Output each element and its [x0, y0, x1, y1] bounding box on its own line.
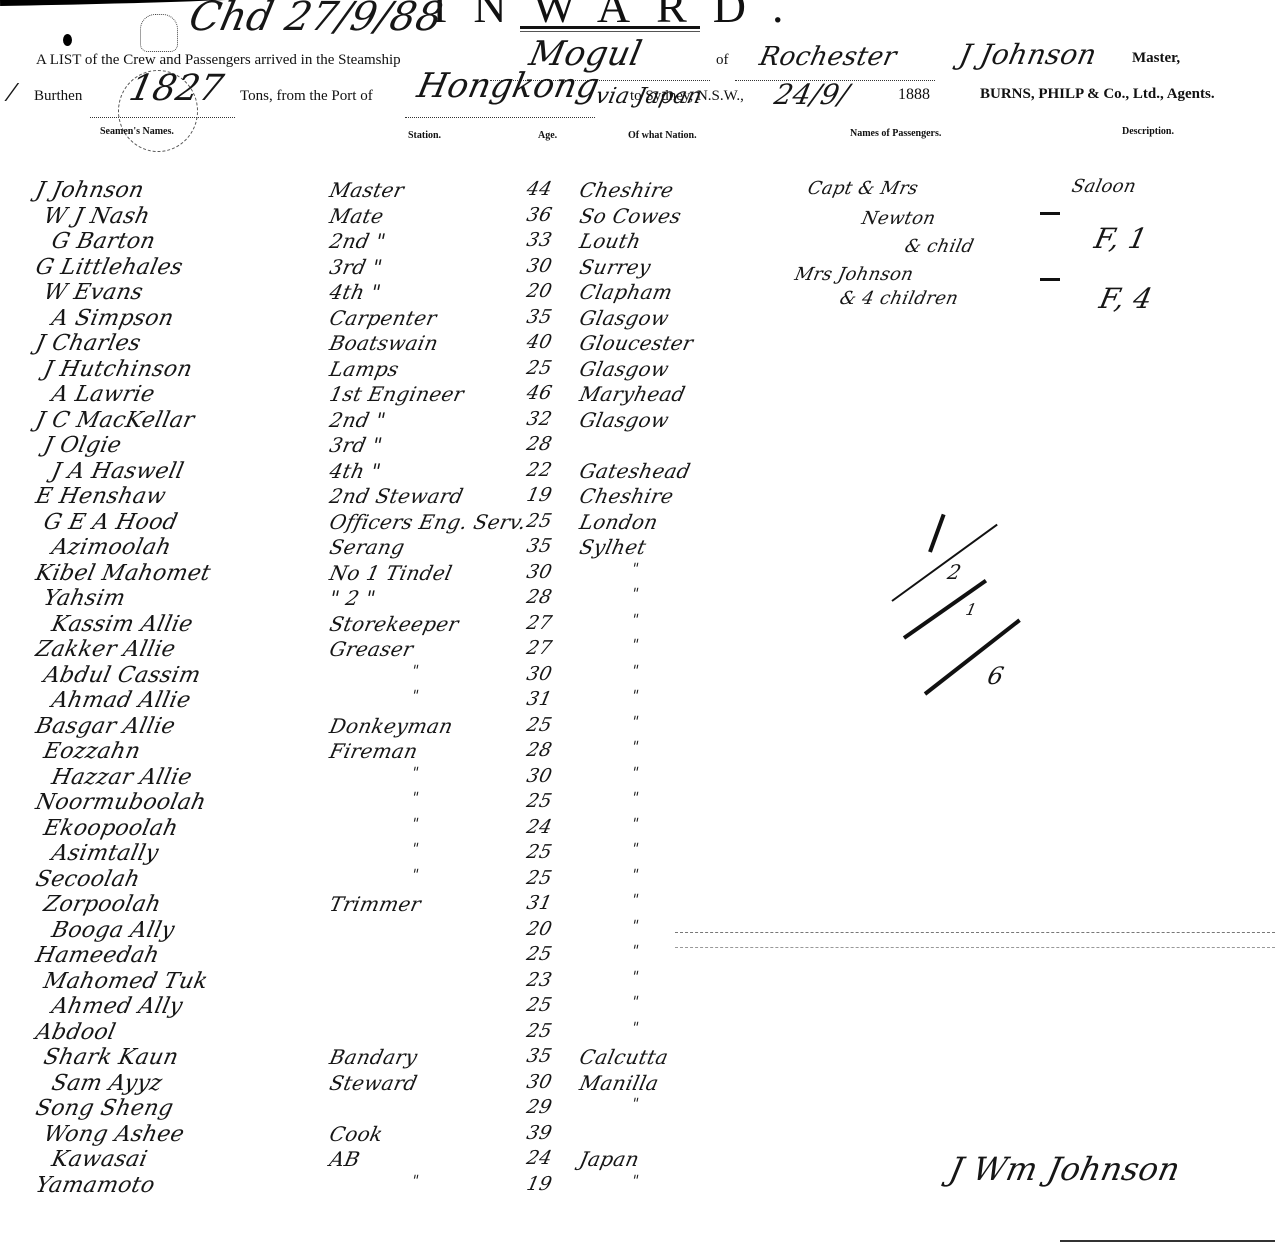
crew-age: 19 — [525, 484, 554, 506]
crew-nation: " — [630, 790, 640, 806]
crew-age: 25 — [525, 943, 554, 965]
crew-nation: " — [630, 663, 640, 679]
crew-row: A SimpsonCarpenter35Glasgow — [0, 306, 1275, 332]
margin-mark: / — [5, 80, 18, 105]
crew-age: 24 — [525, 1147, 554, 1169]
crew-name: Zorpoolah — [41, 892, 163, 917]
bottom-rule — [1060, 1240, 1275, 1242]
crew-nation: Gateshead — [577, 459, 692, 483]
crew-age: 44 — [525, 178, 554, 200]
crew-station: 4th " — [327, 280, 383, 304]
crew-age: 25 — [525, 841, 554, 863]
crew-name: Mahomed Tuk — [41, 969, 210, 994]
crew-station: AB — [327, 1147, 362, 1171]
crew-row: Ahmad Allie"31" — [0, 688, 1275, 714]
crew-name: A Lawrie — [49, 382, 157, 407]
master-signature: J Wm Johnson — [946, 1150, 1184, 1188]
title-rule-thin — [520, 31, 700, 32]
master-label: Master, — [1132, 50, 1180, 67]
crew-age: 33 — [525, 229, 554, 251]
crew-name: Kibel Mahomet — [33, 561, 213, 586]
crew-name: W Evans — [41, 280, 145, 305]
crew-age: 20 — [525, 918, 554, 940]
crew-name: Hazzar Allie — [49, 765, 194, 790]
crew-name: Basgar Allie — [33, 714, 177, 739]
crew-nation: " — [630, 561, 640, 577]
arrival-year: 1888 — [898, 86, 930, 104]
passenger-description: Saloon — [1070, 176, 1138, 197]
crew-age: 25 — [525, 790, 554, 812]
crew-age: 28 — [525, 433, 554, 455]
crew-station: Mate — [327, 204, 386, 228]
crew-age: 31 — [525, 892, 554, 914]
crew-age: 39 — [525, 1122, 554, 1144]
burthen-value: 1827 — [126, 68, 228, 109]
crew-nation: Clapham — [577, 280, 674, 304]
crew-station: 2nd " — [327, 229, 388, 253]
crew-station: " — [410, 816, 420, 832]
crew-row: Kibel MahometNo 1 Tindel30" — [0, 561, 1275, 587]
crew-row: Hazzar Allie"30" — [0, 765, 1275, 791]
crew-row: A Lawrie1st Engineer46Maryhead — [0, 382, 1275, 408]
crew-name: Yahsim — [41, 586, 127, 611]
crew-row: Basgar AllieDonkeyman25" — [0, 714, 1275, 740]
crew-nation: " — [630, 867, 640, 883]
crew-nation: Louth — [577, 229, 643, 253]
crew-row: W J NashMate36So Cowes — [0, 204, 1275, 230]
crew-station: 2nd " — [327, 408, 388, 432]
crew-age: 30 — [525, 561, 554, 583]
col-station: Station. — [408, 130, 441, 141]
passenger-description: F, 4 — [1096, 282, 1155, 315]
crew-name: Wong Ashee — [41, 1122, 186, 1147]
checked-annotation: Chd 27/9/88 — [185, 0, 447, 40]
crew-station: No 1 Tindel — [327, 561, 454, 585]
crew-age: 36 — [525, 204, 554, 226]
crew-age: 32 — [525, 408, 554, 430]
crew-age: 35 — [525, 1045, 554, 1067]
crew-row: Song Sheng29" — [0, 1096, 1275, 1122]
crew-station: Bandary — [327, 1045, 419, 1069]
crew-row: E Henshaw2nd Steward19Cheshire — [0, 484, 1275, 510]
crew-age: 25 — [525, 867, 554, 889]
crew-nation: " — [630, 969, 640, 985]
crew-station: Trimmer — [327, 892, 423, 916]
crew-row: J CharlesBoatswain40Gloucester — [0, 331, 1275, 357]
crew-name: G Littlehales — [33, 255, 185, 280]
crew-row: AzimoolahSerang35Sylhet — [0, 535, 1275, 561]
crew-row: Zakker AllieGreaser27" — [0, 637, 1275, 663]
crew-row: G Littlehales3rd "30Surrey — [0, 255, 1275, 281]
crew-row: ZorpoolahTrimmer31" — [0, 892, 1275, 918]
crew-age: 19 — [525, 1173, 554, 1195]
crew-station: Master — [327, 178, 406, 202]
crew-age: 30 — [525, 663, 554, 685]
master-name: J Johnson — [956, 38, 1099, 71]
crew-name: Sam Ayyz — [49, 1071, 164, 1096]
crew-nation: " — [630, 714, 640, 730]
crew-station: " — [410, 688, 420, 704]
crew-nation: " — [630, 994, 640, 1010]
crew-nation: " — [630, 765, 640, 781]
passenger-name: Capt & Mrs — [806, 178, 920, 199]
crew-row: Noormuboolah"25" — [0, 790, 1275, 816]
crew-station: " — [410, 841, 420, 857]
crew-row: J Olgie3rd "28 — [0, 433, 1275, 459]
crew-name: G Barton — [49, 229, 157, 254]
crew-row: J A Haswell4th "22Gateshead — [0, 459, 1275, 485]
passenger-name: & 4 children — [838, 288, 961, 309]
crew-nation: " — [630, 816, 640, 832]
crew-station: Serang — [327, 535, 407, 559]
crew-age: 25 — [525, 994, 554, 1016]
crew-age: 46 — [525, 382, 554, 404]
crew-station: " — [410, 663, 420, 679]
crew-name: J Hutchinson — [41, 357, 194, 382]
crew-row: Yahsim" 2 "28" — [0, 586, 1275, 612]
crew-nation: " — [630, 892, 640, 908]
crew-age: 25 — [525, 714, 554, 736]
crew-row: J HutchinsonLamps25Glasgow — [0, 357, 1275, 383]
crew-age: 35 — [525, 306, 554, 328]
crew-row: Sam AyyzSteward30Manilla — [0, 1071, 1275, 1097]
crew-station: Steward — [327, 1071, 419, 1095]
scan-artifact-band — [675, 932, 1275, 948]
crew-station: Donkeyman — [327, 714, 455, 738]
crew-name: Noormuboolah — [33, 790, 208, 815]
crew-station: 1st Engineer — [327, 382, 466, 406]
crew-nation: Cheshire — [577, 484, 675, 508]
crew-station: " 2 " — [327, 586, 377, 610]
passenger-description: F, 1 — [1091, 222, 1150, 255]
crew-name: J A Haswell — [49, 459, 186, 484]
col-description: Description. — [1122, 126, 1174, 137]
crew-nation: " — [630, 841, 640, 857]
crew-row: Wong AsheeCook39 — [0, 1122, 1275, 1148]
crew-nation: " — [630, 1096, 640, 1112]
crew-name: J Charles — [33, 331, 143, 356]
crew-name: Kawasai — [49, 1147, 149, 1172]
crew-nation: " — [630, 918, 640, 934]
crew-station: " — [410, 867, 420, 883]
crew-station: Cook — [327, 1122, 385, 1146]
crew-age: 20 — [525, 280, 554, 302]
crew-row: G Barton2nd "33Louth — [0, 229, 1275, 255]
crew-station: 4th " — [327, 459, 383, 483]
crew-station: 3rd " — [327, 433, 384, 457]
crew-age: 40 — [525, 331, 554, 353]
crew-row: Mahomed Tuk23" — [0, 969, 1275, 995]
crew-nation: " — [630, 586, 640, 602]
crew-age: 27 — [525, 612, 554, 634]
crew-station: Carpenter — [327, 306, 439, 330]
crew-name: Ekoopoolah — [41, 816, 180, 841]
crew-nation: Glasgow — [577, 408, 671, 432]
burthen-label: Burthen — [34, 88, 82, 105]
col-passengers: Names of Passengers. — [850, 128, 941, 139]
crew-nation: Japan — [577, 1147, 641, 1171]
crew-row: Kassim AllieStorekeeper27" — [0, 612, 1275, 638]
crew-nation: Manilla — [577, 1071, 661, 1095]
crew-age: 28 — [525, 739, 554, 761]
crew-station: " — [410, 1173, 420, 1189]
home-port: Rochester — [757, 42, 900, 72]
crew-name: E Henshaw — [33, 484, 168, 509]
crew-nation: " — [630, 637, 640, 653]
crew-station: 2nd Steward — [327, 484, 465, 508]
crew-station: Storekeeper — [327, 612, 461, 636]
crew-nation: Glasgow — [577, 306, 671, 330]
crew-row: Secoolah"25" — [0, 867, 1275, 893]
crew-nation: So Cowes — [577, 204, 683, 228]
arrival-date: 24/9/ — [771, 78, 852, 111]
crew-row: EozzahnFireman28" — [0, 739, 1275, 765]
crew-station: Officers Eng. Serv. — [327, 510, 528, 534]
crew-station: Boatswain — [327, 331, 440, 355]
dash-mark — [1040, 278, 1060, 281]
crew-name: G E A Hood — [41, 510, 180, 535]
crown-stamp-icon — [140, 14, 178, 52]
crew-row: Ahmed Ally25" — [0, 994, 1275, 1020]
crew-name: Ahmad Allie — [49, 688, 193, 713]
crew-nation: " — [630, 612, 640, 628]
crew-age: 28 — [525, 586, 554, 608]
title-rule — [520, 26, 700, 29]
crew-row: Ekoopoolah"24" — [0, 816, 1275, 842]
crew-nation: Sylhet — [577, 535, 648, 559]
crew-age: 29 — [525, 1096, 554, 1118]
list-heading: A LIST of the Crew and Passengers arrive… — [36, 52, 401, 69]
crew-nation: Maryhead — [577, 382, 687, 406]
crew-name: Asimtally — [49, 841, 161, 866]
crew-nation: " — [630, 739, 640, 755]
crew-name: J Johnson — [33, 178, 146, 203]
crew-age: 30 — [525, 765, 554, 787]
crew-name: Song Sheng — [33, 1096, 175, 1121]
crew-age: 25 — [525, 510, 554, 532]
crew-age: 30 — [525, 255, 554, 277]
col-age: Age. — [538, 130, 557, 141]
crew-nation: Cheshire — [577, 178, 675, 202]
crew-name: Yamamoto — [33, 1173, 157, 1198]
crew-station: Fireman — [327, 739, 420, 763]
crew-name: Azimoolah — [49, 535, 173, 560]
to-sydney-label: to Sydney, N.S.W., — [630, 88, 744, 105]
passenger-name: Mrs Johnson — [793, 264, 916, 285]
crew-age: 31 — [525, 688, 554, 710]
crew-name: A Simpson — [49, 306, 176, 331]
crew-name: Shark Kaun — [41, 1045, 180, 1070]
crew-name: Abdul Cassim — [41, 663, 203, 688]
crew-nation: " — [630, 1173, 640, 1189]
crew-name: Kassim Allie — [49, 612, 195, 637]
crew-age: 27 — [525, 637, 554, 659]
col-nation: Of what Nation. — [628, 130, 697, 141]
col-seaman-name: Seamen's Names. — [100, 126, 174, 137]
crew-age: 30 — [525, 1071, 554, 1093]
crew-age: 23 — [525, 969, 554, 991]
passenger-name: Newton — [860, 208, 938, 229]
tons-label: Tons, from the Port of — [240, 88, 373, 105]
crew-row: Asimtally"25" — [0, 841, 1275, 867]
crew-nation: " — [630, 688, 640, 704]
crew-name: J Olgie — [41, 433, 123, 458]
ink-blot — [63, 34, 72, 46]
crew-station: " — [410, 790, 420, 806]
crew-station: Lamps — [327, 357, 401, 381]
crew-nation: Glasgow — [577, 357, 671, 381]
crew-name: Hameedah — [33, 943, 161, 968]
crew-name: Abdool — [33, 1020, 118, 1045]
crew-nation: Calcutta — [577, 1045, 670, 1069]
crew-row: G E A HoodOfficers Eng. Serv.25London — [0, 510, 1275, 536]
crew-station: " — [410, 765, 420, 781]
crew-nation: Gloucester — [577, 331, 695, 355]
crew-name: Secoolah — [33, 867, 142, 892]
crew-nation: " — [630, 943, 640, 959]
crew-row: J C MacKellar2nd "32Glasgow — [0, 408, 1275, 434]
crew-nation: Surrey — [577, 255, 653, 279]
crew-age: 24 — [525, 816, 554, 838]
crew-name: W J Nash — [41, 204, 152, 229]
crew-nation: " — [630, 1020, 640, 1036]
crew-row: Abdool25" — [0, 1020, 1275, 1046]
crew-name: J C MacKellar — [33, 408, 196, 433]
passenger-name: & child — [903, 236, 976, 257]
of-label: of — [716, 52, 729, 69]
crew-age: 35 — [525, 535, 554, 557]
crew-row: Abdul Cassim"30" — [0, 663, 1275, 689]
crew-age: 25 — [525, 357, 554, 379]
crew-row: Shark KaunBandary35Calcutta — [0, 1045, 1275, 1071]
crew-station: 3rd " — [327, 255, 384, 279]
crew-nation: London — [577, 510, 660, 534]
crew-station: Greaser — [327, 637, 415, 661]
crew-age: 22 — [525, 459, 554, 481]
agents-label: BURNS, PHILP & Co., Ltd., Agents. — [980, 86, 1215, 103]
crew-name: Ahmed Ally — [49, 994, 185, 1019]
dash-mark — [1040, 212, 1060, 215]
crew-row: W Evans4th "20Clapham — [0, 280, 1275, 306]
crew-name: Booga Ally — [49, 918, 177, 943]
from-port: Hongkong — [414, 66, 603, 106]
crew-age: 25 — [525, 1020, 554, 1042]
crew-name: Eozzahn — [41, 739, 142, 764]
crew-name: Zakker Allie — [33, 637, 178, 662]
